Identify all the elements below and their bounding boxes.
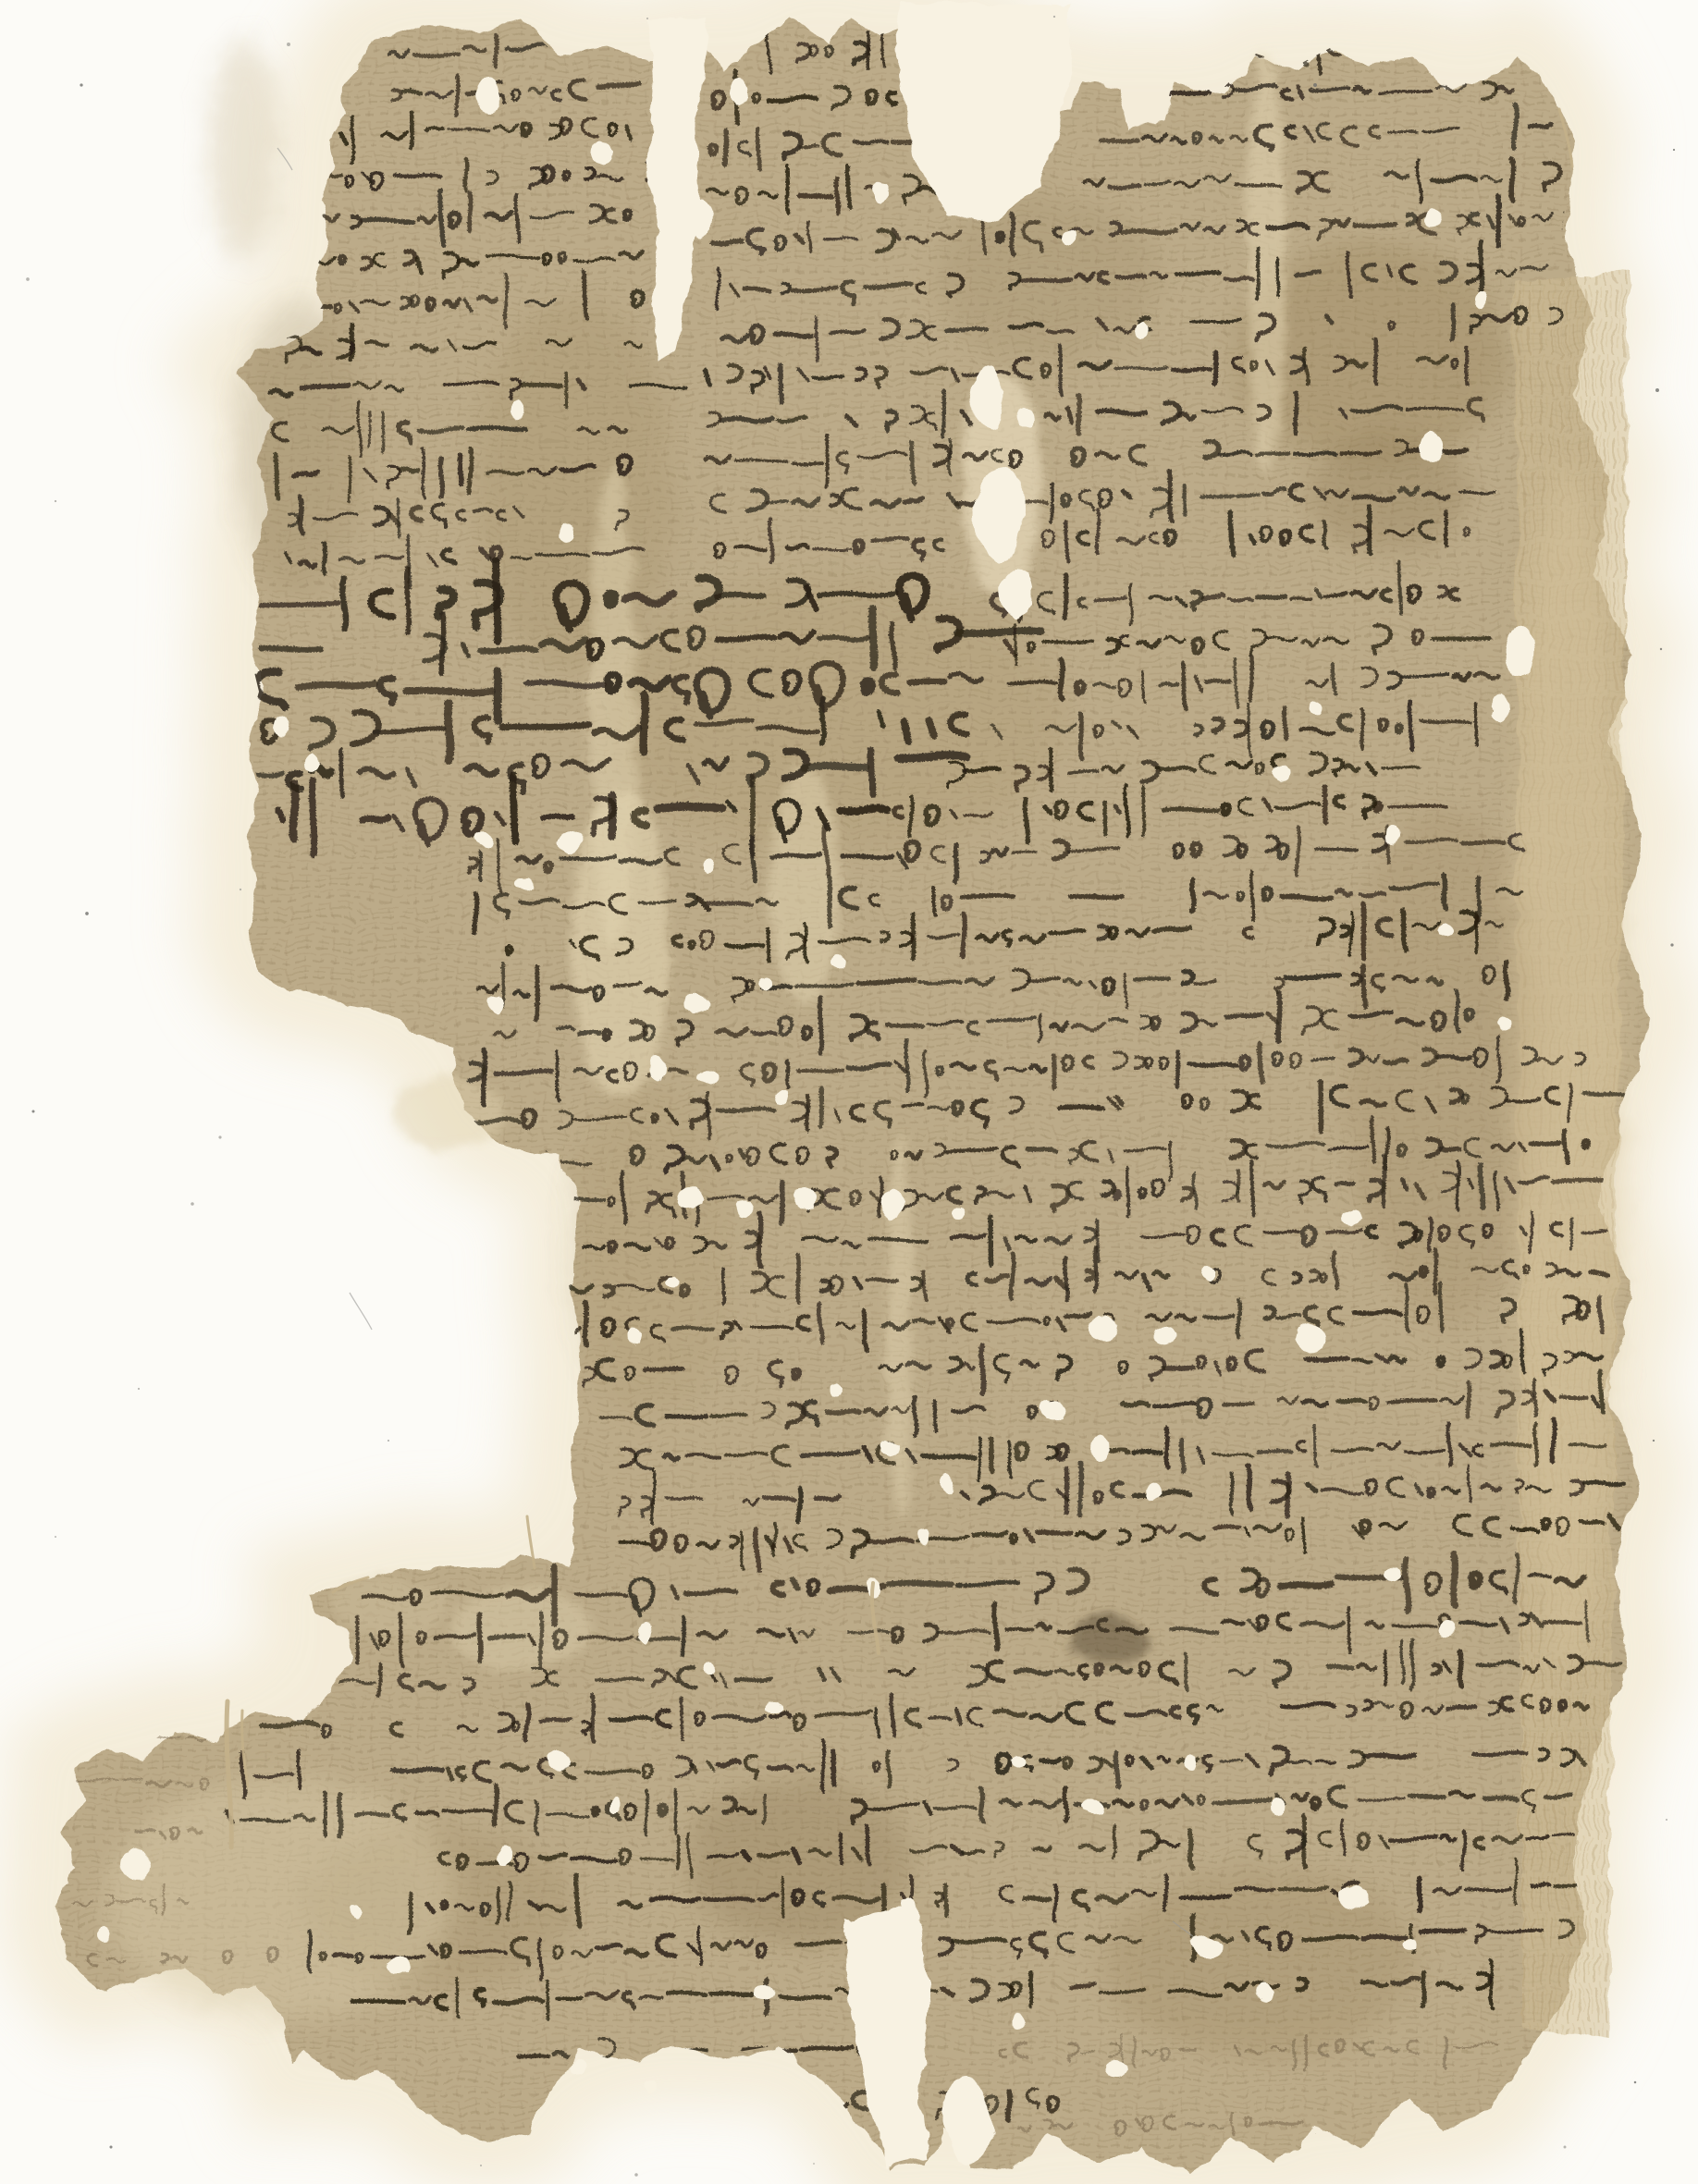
ink-stroke [1258, 1450, 1291, 1452]
ink-stroke [725, 943, 762, 946]
tone-patch [472, 296, 675, 666]
ink-stroke [951, 1234, 984, 1238]
ink-stroke [1126, 1167, 1128, 1216]
ink-stroke [716, 593, 763, 596]
lacuna-hole [1494, 1012, 1507, 1025]
ink-stroke [610, 794, 612, 835]
ink-stroke [867, 1539, 912, 1542]
ink-stroke [1470, 1573, 1480, 1586]
ink-stroke [1368, 506, 1370, 553]
ink-stroke [909, 681, 943, 682]
ink-stroke [1059, 345, 1061, 396]
ink-stroke [642, 693, 646, 751]
ink-stroke [721, 417, 772, 421]
ink-stroke [1433, 637, 1489, 639]
ink-stroke [818, 592, 896, 596]
ink-stroke [565, 372, 566, 406]
ink-stroke [768, 1766, 791, 1770]
ink-stroke [339, 255, 345, 263]
dust-speck [191, 1202, 194, 1206]
lacuna-hole [510, 398, 526, 420]
tone-patch [586, 462, 634, 943]
ink-stroke [781, 1876, 782, 1916]
lacuna-hole [511, 874, 528, 887]
ink-stroke [681, 1698, 682, 1739]
ink-stroke [340, 749, 342, 795]
lacuna-hole [552, 828, 580, 848]
ink-stroke [1474, 912, 1476, 952]
ink-stroke [1104, 802, 1105, 834]
ink-stroke [416, 1811, 437, 1815]
ink-stroke [410, 112, 412, 147]
ink-stroke [556, 1050, 559, 1099]
ink-stroke [886, 1024, 922, 1026]
ink-stroke [1064, 1467, 1066, 1512]
ink-stroke [1580, 1520, 1603, 1523]
lacuna-hole [1290, 1319, 1322, 1347]
ink-stroke [1414, 1230, 1421, 1240]
ink-stroke [1302, 1815, 1305, 1867]
ink-stroke [338, 1794, 340, 1836]
ink-stroke [1096, 1220, 1098, 1261]
ink-stroke [1569, 1218, 1571, 1248]
ink-stroke [1180, 1896, 1229, 1897]
lacuna-hole [939, 1473, 952, 1490]
ink-stroke [863, 1310, 867, 1350]
lacuna-hole [1399, 1937, 1416, 1950]
ink-stroke [1465, 1009, 1472, 1019]
ink-stroke [961, 913, 965, 955]
lacuna-hole [1436, 920, 1453, 933]
ink-stroke [341, 578, 345, 629]
ink-stroke [946, 328, 987, 330]
ink-stroke [1505, 962, 1507, 998]
lacuna-hole [997, 568, 1030, 616]
ink-stroke [540, 1718, 570, 1721]
ink-stroke [413, 53, 458, 55]
ink-stroke [1116, 276, 1145, 277]
ink-stroke [1153, 927, 1189, 931]
ink-stroke [482, 1049, 486, 1104]
ink-stroke [854, 140, 887, 142]
ink-stroke [816, 1496, 839, 1500]
ink-stroke [828, 876, 830, 926]
lacuna-hole [1270, 763, 1286, 776]
ink-stroke [1477, 877, 1480, 920]
ink-stroke [464, 158, 467, 190]
ink-stroke [1294, 452, 1335, 455]
ink-stroke [815, 317, 817, 361]
ink-stroke [973, 1531, 1005, 1535]
ink-stroke [1121, 1402, 1148, 1405]
ink-stroke [382, 411, 384, 452]
dust-speck [138, 1388, 140, 1390]
ink-stroke [819, 1087, 822, 1125]
ink-stroke [1076, 681, 1084, 693]
ink-stroke [1354, 224, 1395, 226]
lacuna-hole [1251, 1982, 1268, 1998]
ink-stroke [362, 816, 388, 819]
ink-stroke [443, 1809, 490, 1811]
ink-stroke [557, 1997, 581, 1998]
lacuna-hole [1421, 203, 1437, 226]
ink-stroke [301, 385, 347, 387]
lacuna-hole [733, 1196, 750, 1212]
lacuna-hole [685, 992, 706, 1009]
lacuna-hole [1340, 1887, 1364, 1908]
ink-stroke [904, 720, 907, 741]
ink-stroke [1543, 1621, 1580, 1623]
ink-stroke [840, 807, 887, 811]
ink-stroke [496, 670, 498, 720]
ink-stroke [666, 1415, 706, 1417]
ink-stroke [1256, 452, 1288, 455]
ink-stroke [1290, 597, 1310, 599]
ink-stroke [500, 963, 503, 1007]
ink-stroke [1024, 1896, 1049, 1899]
ink-stroke [351, 1999, 403, 2002]
ink-stroke [1262, 888, 1271, 900]
ink-stroke [1222, 804, 1228, 814]
ink-stroke [770, 853, 819, 857]
lacuna-hole [1436, 1619, 1453, 1639]
dust-speck [1673, 149, 1675, 151]
ink-stroke [1360, 708, 1363, 748]
lacuna-hole [692, 195, 708, 234]
ink-stroke [932, 887, 934, 915]
dust-speck [80, 83, 82, 86]
lacuna-hole [973, 362, 1001, 424]
dust-speck [480, 2165, 482, 2166]
ink-stroke [324, 1792, 326, 1835]
ink-stroke [1583, 1091, 1627, 1096]
ink-stroke [804, 765, 866, 768]
lacuna-hole [388, 1954, 412, 1970]
ink-stroke [603, 1030, 609, 1039]
ink-stroke [1138, 1188, 1145, 1196]
ink-stroke [607, 674, 619, 691]
ink-stroke [356, 1616, 358, 1663]
ink-stroke [637, 1638, 678, 1639]
ink-stroke [681, 1285, 688, 1296]
lacuna-hole [1011, 1752, 1027, 1765]
ink-stroke [1480, 1164, 1483, 1208]
dust-speck [31, 1110, 34, 1112]
ink-stroke [1480, 240, 1482, 289]
ink-stroke [1420, 719, 1469, 723]
ink-stroke [1175, 272, 1219, 274]
scratch-hairline [350, 1293, 372, 1330]
ink-stroke [1496, 195, 1499, 245]
ink-stroke [441, 1901, 447, 1908]
tone-patch [102, 1775, 453, 2016]
ink-stroke [252, 602, 338, 605]
lacuna-hole [547, 1750, 567, 1767]
ink-stroke [1384, 1650, 1385, 1684]
ink-stroke [1560, 1395, 1586, 1398]
ink-stroke [1306, 1357, 1347, 1359]
ink-stroke [1223, 1403, 1252, 1404]
dust-speck [646, 18, 648, 19]
lacuna-hole [632, 1621, 648, 1638]
ink-stroke [681, 1616, 683, 1654]
lacuna-hole [881, 1438, 898, 1451]
ink-stroke [941, 389, 944, 436]
lacuna-hole [1089, 1312, 1116, 1336]
ink-stroke [547, 1981, 548, 2018]
ink-stroke [1529, 124, 1551, 128]
ink-stroke [494, 34, 497, 66]
ink-stroke [990, 1216, 990, 1264]
ink-stroke [405, 689, 491, 693]
ink-stroke [1184, 485, 1185, 514]
ink-stroke [956, 630, 1040, 633]
lacuna-hole [862, 1577, 877, 1600]
lacuna-hole [772, 1086, 785, 1099]
lacuna-hole [269, 712, 286, 734]
ink-stroke [888, 1582, 951, 1585]
ink-stroke [394, 174, 440, 177]
ink-stroke [1062, 494, 1069, 505]
dust-speck [1634, 2081, 1637, 2084]
lacuna-hole [790, 1184, 814, 1205]
lacuna-hole [880, 1190, 900, 1218]
ink-stroke [1224, 276, 1252, 279]
ink-stroke [1542, 1518, 1549, 1528]
ink-stroke [954, 844, 956, 881]
lacuna-hole [1190, 1933, 1218, 1954]
lacuna-hole [973, 462, 1021, 558]
ink-stroke [1029, 1971, 1031, 2006]
dust-speck [55, 500, 56, 502]
ink-stroke [1396, 724, 1401, 732]
ink-stroke [757, 1212, 761, 1266]
ink-stroke [780, 1995, 830, 1999]
dust-speck [240, 889, 241, 890]
ink-stroke [559, 252, 565, 262]
ink-stroke [275, 454, 277, 498]
ink-stroke [563, 171, 569, 179]
ink-stroke [1311, 1798, 1319, 1809]
lacuna-hole [347, 1900, 360, 1913]
ink-stroke [1104, 1448, 1127, 1453]
ink-stroke [1078, 1462, 1082, 1515]
dust-speck [218, 1135, 221, 1138]
ink-stroke [1286, 1474, 1289, 1515]
ink-stroke [1133, 1451, 1161, 1453]
ink-stroke [832, 1750, 833, 1784]
ink-stroke [297, 1750, 299, 1787]
ink-stroke [1467, 1381, 1470, 1417]
ink-stroke [709, 144, 717, 154]
ink-stroke [400, 468, 417, 471]
ink-stroke [1260, 2121, 1301, 2124]
ink-stroke [299, 497, 302, 533]
ink-stroke [1203, 595, 1223, 598]
ink-stroke [911, 914, 913, 957]
ink-stroke [1079, 713, 1082, 758]
ink-stroke [768, 928, 769, 961]
ink-stroke [623, 210, 630, 219]
dust-speck [109, 2145, 112, 2148]
ink-stroke [542, 816, 572, 817]
ink-stroke [1059, 1106, 1101, 1110]
ink-stroke [818, 636, 867, 640]
ink-stroke [1093, 1246, 1096, 1291]
ink-stroke [1204, 1315, 1233, 1318]
lacuna-hole [493, 1841, 510, 1861]
ink-stroke [1461, 840, 1503, 843]
ink-stroke [1443, 875, 1446, 908]
ink-stroke [298, 683, 374, 687]
ink-stroke [1455, 990, 1458, 1031]
ink-stroke [1213, 351, 1216, 383]
ink-stroke [1484, 1797, 1517, 1799]
ink-stroke [518, 2055, 548, 2056]
tone-patch [1066, 1614, 1144, 1663]
ink-stroke [477, 1861, 511, 1864]
lacuna-hole [1057, 226, 1074, 240]
ink-stroke [1191, 843, 1200, 855]
ink-stroke [854, 540, 862, 552]
lacuna-hole [693, 1066, 717, 1083]
ink-stroke [474, 508, 491, 510]
lacuna-hole [1011, 409, 1029, 427]
ink-stroke [1175, 1051, 1177, 1086]
lacuna-hole [471, 828, 491, 845]
lacuna-hole [899, 1897, 914, 1912]
ink-stroke [1362, 1935, 1405, 1938]
dust-speck [1660, 648, 1662, 650]
ink-stroke [818, 997, 821, 1053]
ink-stroke [1040, 1759, 1059, 1761]
ink-stroke [535, 966, 537, 1019]
ink-stroke [350, 325, 352, 359]
ink-stroke [798, 1070, 843, 1072]
ink-stroke [840, 1834, 841, 1863]
ink-stroke [538, 1613, 542, 1665]
ink-stroke [780, 1181, 782, 1222]
ink-stroke [1421, 1972, 1424, 2006]
lacuna-hole [826, 957, 843, 970]
ink-stroke [592, 1807, 597, 1814]
ink-stroke [1418, 1877, 1420, 1909]
lacuna-hole [698, 853, 711, 870]
ink-stroke [1337, 1399, 1365, 1402]
lacuna-hole [964, 104, 1001, 155]
ink-stroke [459, 454, 461, 484]
ink-stroke [1283, 707, 1286, 738]
ink-stroke [1006, 2091, 1009, 2119]
ink-stroke [608, 1241, 615, 1251]
ink-stroke [1465, 347, 1467, 385]
ink-stroke [1179, 2048, 1195, 2050]
ink-stroke [253, 772, 282, 775]
lacuna-hole [944, 2075, 989, 2160]
ink-stroke [1373, 338, 1376, 383]
ink-stroke [827, 1410, 859, 1412]
ink-stroke [1341, 451, 1380, 454]
tone-patch [449, 1584, 587, 1667]
ink-stroke [785, 165, 787, 213]
ink-stroke [996, 232, 1003, 241]
ink-stroke [522, 384, 560, 386]
ink-stroke [1008, 681, 1055, 683]
tone-patch [203, 37, 277, 259]
dust-speck [1655, 388, 1659, 392]
ink-stroke [1558, 1700, 1565, 1710]
ink-stroke [1070, 895, 1122, 898]
lacuna-hole [484, 990, 500, 1011]
ink-stroke [584, 1301, 586, 1344]
lacuna-hole [698, 1660, 711, 1673]
ink-stroke [780, 364, 781, 401]
ink-stroke [1361, 903, 1364, 958]
lacuna-hole [589, 136, 609, 164]
ink-stroke [456, 1977, 458, 2017]
ink-stroke [922, 1454, 974, 1458]
lacuna-hole [622, 1327, 639, 1340]
ink-stroke [1021, 278, 1070, 280]
ink-stroke [1402, 910, 1406, 950]
ink-stroke [1319, 1081, 1321, 1132]
ink-stroke [1185, 1653, 1187, 1690]
lacuna-hole [472, 75, 496, 110]
lacuna-hole [1473, 288, 1486, 307]
ink-stroke [1323, 521, 1325, 547]
lacuna-hole [1013, 2011, 1026, 2024]
ink-stroke [1063, 574, 1066, 618]
ink-stroke [591, 1694, 594, 1741]
ink-stroke [1364, 1754, 1413, 1757]
ink-stroke [990, 1438, 992, 1470]
ink-stroke [1165, 1428, 1167, 1466]
ink-stroke [439, 458, 441, 496]
ink-stroke [1169, 471, 1172, 521]
ink-stroke [323, 543, 326, 573]
ink-stroke [864, 681, 872, 692]
ink-stroke [866, 1825, 868, 1863]
ink-stroke [801, 2046, 852, 2049]
ink-stroke [830, 329, 863, 333]
ink-stroke [1518, 216, 1524, 225]
ink-stroke [557, 1026, 573, 1029]
ink-stroke [261, 647, 320, 650]
ink-stroke [1114, 1191, 1119, 1198]
ink-stroke [1428, 1488, 1433, 1496]
dust-speck [813, 2163, 815, 2165]
ink-stroke [674, 1789, 676, 1833]
dust-speck [1053, 16, 1055, 18]
dust-speck [388, 1440, 389, 1442]
lacuna-hole [646, 1055, 662, 1075]
ink-stroke [1474, 703, 1476, 745]
lacuna-hole [1154, 1325, 1171, 1342]
ink-stroke [1134, 977, 1168, 979]
ink-stroke [793, 462, 821, 465]
ink-stroke [1323, 786, 1324, 822]
ink-stroke [478, 1613, 480, 1660]
lacuna-hole [1502, 626, 1532, 672]
ink-stroke [553, 1565, 554, 1623]
ink-stroke [447, 703, 449, 760]
ink-stroke [1188, 1062, 1237, 1067]
ink-stroke [722, 1268, 724, 1303]
ink-stroke [1276, 259, 1278, 295]
ink-stroke [607, 593, 615, 604]
lacuna-hole [761, 1697, 778, 1710]
ink-stroke [1437, 1356, 1444, 1365]
